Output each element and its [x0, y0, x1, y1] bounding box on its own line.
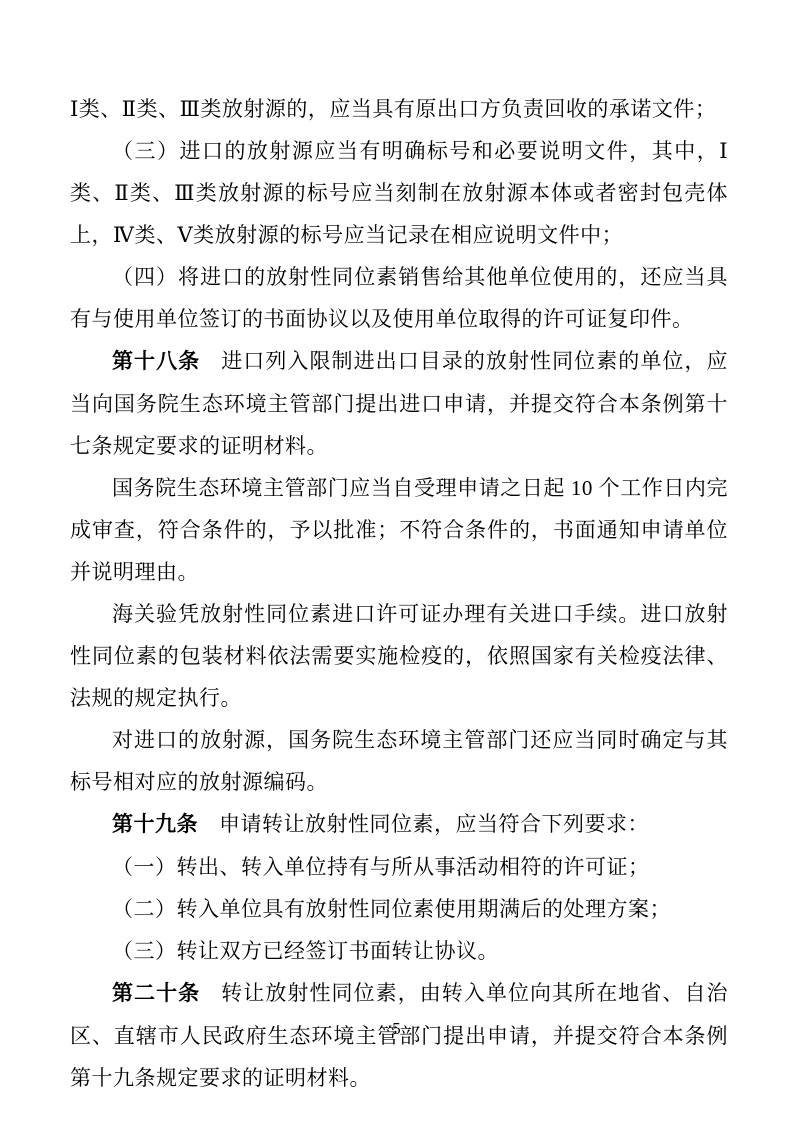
paragraph-text: （三）转让双方已经签订书面转让协议。 — [112, 939, 499, 963]
paragraph: 第十八条进口列入限制进出口目录的放射性同位素的单位，应当向国务院生态环境主管部门… — [70, 340, 728, 467]
page-number: 5 — [392, 1019, 401, 1038]
paragraph: （三）进口的放射源应当有明确标号和必要说明文件，其中，Ⅰ类、Ⅱ类、Ⅲ类放射源的标… — [70, 130, 728, 256]
document-body: Ⅰ类、Ⅱ类、Ⅲ类放射源的，应当具有原出口方负责回收的承诺文件；（三）进口的放射源… — [70, 88, 728, 1099]
article-number: 第十八条 — [112, 350, 200, 373]
paragraph-text: 国务院生态环境主管部门应当自受理申请之日起 10 个工作日内完成审查，符合条件的… — [70, 476, 728, 584]
paragraph: （三）转让双方已经签订书面转让协议。 — [70, 930, 728, 972]
paragraph-text: Ⅰ类、Ⅱ类、Ⅲ类放射源的，应当具有原出口方负责回收的承诺文件； — [70, 97, 716, 121]
paragraph: 第十九条申请转让放射性同位素，应当符合下列要求： — [70, 803, 728, 846]
paragraph-text: 海关验凭放射性同位素进口许可证办理有关进口手续。进口放射性同位素的包装材料依法需… — [70, 602, 728, 710]
paragraph-text: （四）将进口的放射性同位素销售给其他单位使用的，还应当具有与使用单位签订的书面协… — [70, 265, 728, 331]
page-footer: 5 — [0, 1018, 793, 1040]
paragraph-text: （二）转入单位具有放射性同位素使用期满后的处理方案； — [112, 897, 671, 921]
paragraph-text: 对进口的放射源，国务院生态环境主管部门还应当同时确定与其标号相对应的放射源编码。 — [70, 728, 728, 794]
paragraph-text: 申请转让放射性同位素，应当符合下列要求： — [219, 812, 649, 836]
paragraph-text: （一）转出、转入单位持有与所从事活动相符的许可证； — [112, 855, 650, 879]
paragraph: 对进口的放射源，国务院生态环境主管部门还应当同时确定与其标号相对应的放射源编码。 — [70, 719, 728, 803]
paragraph: 海关验凭放射性同位素进口许可证办理有关进口手续。进口放射性同位素的包装材料依法需… — [70, 593, 728, 719]
article-number: 第十九条 — [112, 813, 198, 836]
paragraph: （一）转出、转入单位持有与所从事活动相符的许可证； — [70, 846, 728, 888]
article-number: 第二十条 — [112, 982, 200, 1005]
paragraph: （二）转入单位具有放射性同位素使用期满后的处理方案； — [70, 888, 728, 930]
paragraph-text: （三）进口的放射源应当有明确标号和必要说明文件，其中，Ⅰ类、Ⅱ类、Ⅲ类放射源的标… — [70, 139, 728, 247]
document-page: Ⅰ类、Ⅱ类、Ⅲ类放射源的，应当具有原出口方负责回收的承诺文件；（三）进口的放射源… — [0, 0, 793, 1122]
paragraph: Ⅰ类、Ⅱ类、Ⅲ类放射源的，应当具有原出口方负责回收的承诺文件； — [70, 88, 728, 130]
paragraph: 国务院生态环境主管部门应当自受理申请之日起 10 个工作日内完成审查，符合条件的… — [70, 467, 728, 593]
paragraph: （四）将进口的放射性同位素销售给其他单位使用的，还应当具有与使用单位签订的书面协… — [70, 256, 728, 340]
